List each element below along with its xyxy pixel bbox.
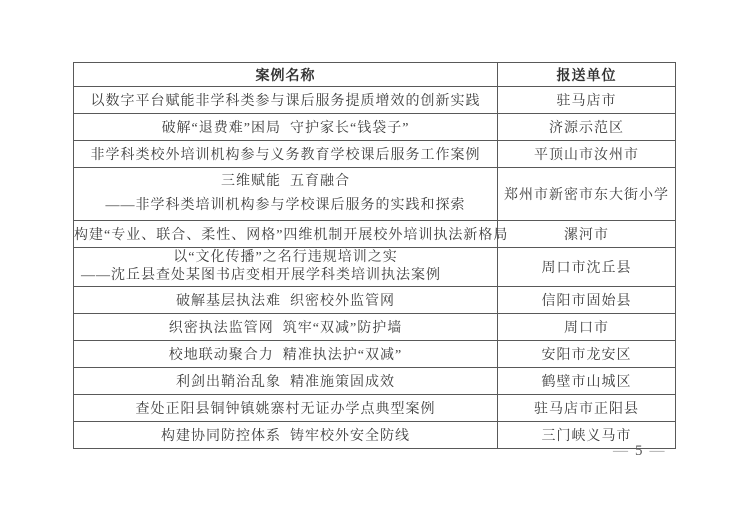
case-name-cell: 非学科类校外培训机构参与义务教育学校课后服务工作案例 <box>74 141 498 168</box>
table-row: 织密执法监管网 筑牢“双减”防护墙周口市 <box>74 314 676 341</box>
table-header-row: 案例名称 报送单位 <box>74 63 676 87</box>
case-name-cell: 破解“退费难”困局 守护家长“钱袋子” <box>74 114 498 141</box>
case-table: 案例名称 报送单位 以数字平台赋能非学科类参与课后服务提质增效的创新实践驻马店市… <box>73 62 676 449</box>
table-row: 利剑出鞘治乱象 精准施策固成效鹤壁市山城区 <box>74 368 676 395</box>
case-name-line: 利剑出鞘治乱象 精准施策固成效 <box>74 371 497 391</box>
case-name-cell: 以数字平台赋能非学科类参与课后服务提质增效的创新实践 <box>74 87 498 114</box>
table-row: 非学科类校外培训机构参与义务教育学校课后服务工作案例平顶山市汝州市 <box>74 141 676 168</box>
table-head: 案例名称 报送单位 <box>74 63 676 87</box>
column-header-case-name: 案例名称 <box>74 63 498 87</box>
reporting-unit-cell: 郑州市新密市东大街小学 <box>498 168 676 221</box>
reporting-unit-cell: 平顶山市汝州市 <box>498 141 676 168</box>
reporting-unit-cell: 安阳市龙安区 <box>498 341 676 368</box>
case-name-cell: 三维赋能 五育融合——非学科类培训机构参与学校课后服务的实践和探索 <box>74 168 498 221</box>
case-name-line: ——非学科类培训机构参与学校课后服务的实践和探索 <box>74 194 497 218</box>
reporting-unit-cell: 济源示范区 <box>498 114 676 141</box>
case-name-line: 破解“退费难”困局 守护家长“钱袋子” <box>74 117 497 137</box>
case-name-line: 以数字平台赋能非学科类参与课后服务提质增效的创新实践 <box>74 90 497 110</box>
case-name-line: 以“文化传播”之名行违规培训之实 <box>74 249 497 267</box>
document-page: 案例名称 报送单位 以数字平台赋能非学科类参与课后服务提质增效的创新实践驻马店市… <box>0 0 750 530</box>
reporting-unit-cell: 周口市 <box>498 314 676 341</box>
table-row: 查处正阳县铜钟镇姚寨村无证办学点典型案例驻马店市正阳县 <box>74 395 676 422</box>
table-row: 以数字平台赋能非学科类参与课后服务提质增效的创新实践驻马店市 <box>74 87 676 114</box>
case-name-line: 破解基层执法难 织密校外监管网 <box>74 290 497 310</box>
case-name-line: 三维赋能 五育融合 <box>74 170 497 194</box>
case-name-cell: 校地联动聚合力 精准执法护“双减” <box>74 341 498 368</box>
reporting-unit-cell: 驻马店市正阳县 <box>498 395 676 422</box>
table-row: 校地联动聚合力 精准执法护“双减”安阳市龙安区 <box>74 341 676 368</box>
case-name-line: 校地联动聚合力 精准执法护“双减” <box>74 344 497 364</box>
reporting-unit-cell: 漯河市 <box>498 221 676 248</box>
case-name-cell: 查处正阳县铜钟镇姚寨村无证办学点典型案例 <box>74 395 498 422</box>
case-name-line: 构建“专业、联合、柔性、网格”四维机制开展校外培训执法新格局 <box>74 224 497 244</box>
case-name-cell: 织密执法监管网 筑牢“双减”防护墙 <box>74 314 498 341</box>
case-name-line: 构建协同防控体系 铸牢校外安全防线 <box>74 425 497 445</box>
case-name-cell: 利剑出鞘治乱象 精准施策固成效 <box>74 368 498 395</box>
case-name-cell: 构建“专业、联合、柔性、网格”四维机制开展校外培训执法新格局 <box>74 221 498 248</box>
table-row: 构建“专业、联合、柔性、网格”四维机制开展校外培训执法新格局漯河市 <box>74 221 676 248</box>
page-number-dash-left: — <box>613 443 628 460</box>
case-name-line: 查处正阳县铜钟镇姚寨村无证办学点典型案例 <box>74 398 497 418</box>
case-name-line: 非学科类校外培训机构参与义务教育学校课后服务工作案例 <box>74 144 497 164</box>
case-name-cell: 构建协同防控体系 铸牢校外安全防线 <box>74 422 498 449</box>
table-body: 以数字平台赋能非学科类参与课后服务提质增效的创新实践驻马店市破解“退费难”困局 … <box>74 87 676 449</box>
page-number-value: 5 <box>635 443 643 460</box>
column-header-reporting-unit: 报送单位 <box>498 63 676 87</box>
table-row: 破解基层执法难 织密校外监管网信阳市固始县 <box>74 287 676 314</box>
table-row: 三维赋能 五育融合——非学科类培训机构参与学校课后服务的实践和探索郑州市新密市东… <box>74 168 676 221</box>
page-number: — 5 — <box>613 443 665 460</box>
case-name-cell: 以“文化传播”之名行违规培训之实——沈丘县查处某图书店变相开展学科类培训执法案例 <box>74 248 498 287</box>
case-name-cell: 破解基层执法难 织密校外监管网 <box>74 287 498 314</box>
reporting-unit-cell: 鹤壁市山城区 <box>498 368 676 395</box>
table-row: 构建协同防控体系 铸牢校外安全防线三门峡义马市 <box>74 422 676 449</box>
reporting-unit-cell: 驻马店市 <box>498 87 676 114</box>
table-row: 破解“退费难”困局 守护家长“钱袋子”济源示范区 <box>74 114 676 141</box>
case-name-line: 织密执法监管网 筑牢“双减”防护墙 <box>74 317 497 337</box>
page-number-dash-right: — <box>650 443 665 460</box>
table-row: 以“文化传播”之名行违规培训之实——沈丘县查处某图书店变相开展学科类培训执法案例… <box>74 248 676 287</box>
reporting-unit-cell: 周口市沈丘县 <box>498 248 676 287</box>
reporting-unit-cell: 信阳市固始县 <box>498 287 676 314</box>
case-name-line: ——沈丘县查处某图书店变相开展学科类培训执法案例 <box>74 267 497 285</box>
